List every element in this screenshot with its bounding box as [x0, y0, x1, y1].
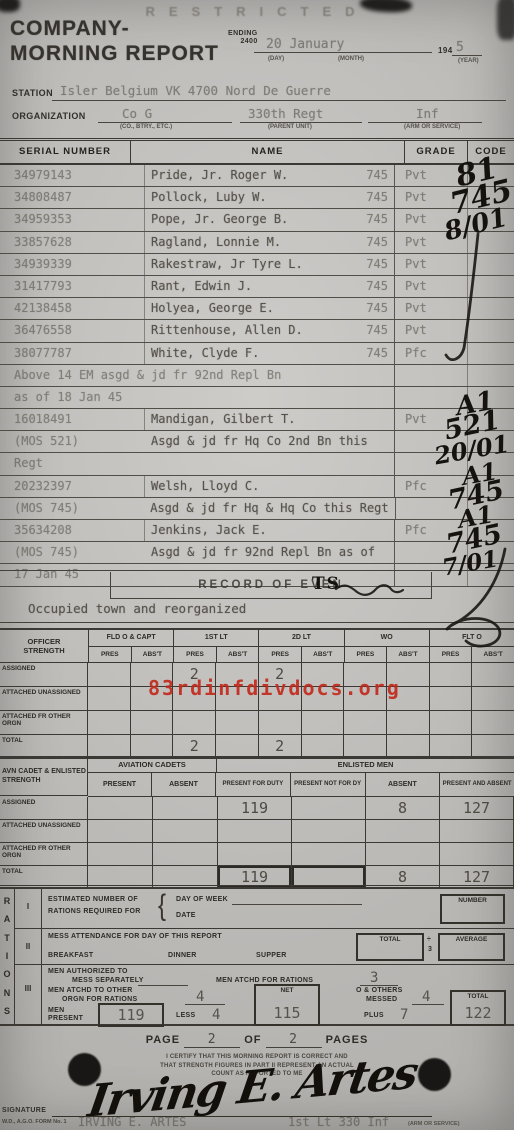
year-underline: [452, 55, 482, 56]
pages-total: 2: [266, 1032, 322, 1048]
month-sublabel: (MONTH): [338, 56, 364, 62]
officer-row: ATTACHED FR OTHER ORGN: [0, 711, 514, 735]
serial-cell: Regt: [0, 453, 145, 474]
enlisted-corner: AVN CADET & ENLISTED STRENGTH: [0, 758, 88, 796]
handwritten-ts: TS: [312, 576, 341, 593]
arm-sublabel: (ARM OR SERVICE): [404, 124, 460, 130]
name-cell: [145, 387, 395, 408]
number-box: NUMBER: [440, 894, 505, 924]
other-line: [185, 1004, 225, 1005]
table-row: 36476558 Rittenhouse, Allen D. 745 Pvt: [0, 320, 514, 342]
serial-cell: 34808487: [0, 187, 145, 208]
name-cell: Asgd & jd fr Hq Co 2nd Bn this: [145, 431, 395, 452]
officer-header: OFFICER STRENGTH FLD O & CAPT 1ST LT 2D …: [0, 630, 514, 663]
net-value: 115: [256, 1004, 318, 1022]
breakfast-label: BREAKFAST: [48, 952, 93, 959]
supper-label: SUPPER: [256, 952, 287, 959]
station-label: STATION: [12, 88, 53, 98]
record-of-events: RECORD OF EVEN: [110, 572, 432, 599]
serial-cell: 34959353: [0, 209, 145, 230]
parent-sublabel: (PARENT UNIT): [268, 124, 312, 130]
men-present-label2: PRESENT: [48, 1015, 83, 1022]
code-cell: [468, 365, 514, 386]
roster-header: SERIAL NUMBER NAME GRADE CODE: [0, 141, 514, 165]
org-underline-1: [98, 122, 232, 123]
plus-value: 7: [400, 1007, 408, 1023]
rations-vertical-label: R A T I O N S: [0, 888, 15, 1024]
organization-parent: 330th Regt: [248, 106, 323, 121]
report-date: 20 January: [266, 37, 344, 52]
station-underline: [52, 100, 506, 101]
atchd-other-label2: ORGN FOR RATIONS: [62, 996, 137, 1003]
form-title-line1: COMPANY-: [10, 16, 219, 41]
average-box: AVERAGE: [438, 933, 505, 961]
record-botline: [0, 622, 514, 623]
ration-total-box: TOTAL 122: [450, 990, 506, 1026]
year-prefix: 194: [438, 46, 453, 55]
table-row: as of 18 Jan 45: [0, 387, 514, 409]
total-box: TOTAL: [356, 933, 424, 961]
name-cell: Mandigan, Gilbert T.: [145, 409, 395, 430]
rations-est-label1: ESTIMATED NUMBER OF: [48, 896, 138, 903]
net-box: NET 115: [254, 984, 320, 1026]
serial-cell: 38077787: [0, 343, 145, 364]
date-underline: [254, 52, 432, 53]
serial-cell: 31417793: [0, 276, 145, 297]
code-cell: [468, 298, 514, 319]
org-underline-2: [240, 122, 362, 123]
rations-divider-2: [15, 964, 514, 965]
serial-cell: 16018491: [0, 409, 145, 430]
unit-sublabel: (CO., BTRY., ETC.): [120, 124, 172, 130]
name-cell: Asgd & jd fr Hq & Hq Co this Regt: [144, 498, 395, 519]
col-serial-number: SERIAL NUMBER: [0, 141, 131, 163]
enlisted-groups: AVIATION CADETS ENLISTED MEN: [88, 758, 514, 773]
enlisted-subheads: PRESENT ABSENT PRESENT FOR DUTY PRESENT …: [88, 773, 514, 797]
plus-label: PLUS: [364, 1012, 384, 1019]
serial-cell: as of 18 Jan 45: [0, 387, 145, 408]
code-cell: [468, 254, 514, 275]
others-messed-label1: O & OTHERS: [356, 987, 403, 994]
signature-label: SIGNATURE: [2, 1107, 46, 1114]
report-year: 5: [456, 40, 464, 55]
men-authorized-label2: MESS SEPARATELY: [72, 977, 144, 984]
page-number: 2: [184, 1032, 240, 1048]
mess-attendance-label: MESS ATTENDANCE FOR DAY OF THIS REPORT: [48, 933, 222, 940]
serial-cell: 33857628: [0, 232, 145, 253]
name-cell: Rakestraw, Jr Tyre L. 745: [145, 254, 395, 275]
serial-cell: (MOS 521): [0, 431, 145, 452]
table-row: 31417793 Rant, Edwin J. 745 Pvt: [0, 276, 514, 298]
serial-cell: 36476558: [0, 320, 145, 341]
day-of-week-label: DAY OF WEEK: [176, 896, 228, 903]
form-number: W.D., A.G.O. FORM No. 1: [2, 1119, 67, 1125]
atchd-rations-label: MEN ATCHD FOR RATIONS: [216, 977, 313, 984]
men-present-value: 119: [100, 1006, 162, 1024]
table-row: 34979143 Pride, Jr. Roger W. 745 Pvt: [0, 165, 514, 187]
enlisted-row: ASSIGNED 119 8 127: [0, 797, 514, 820]
name-cell: Pope, Jr. George B. 745: [145, 209, 395, 230]
serial-cell: 35634208: [0, 520, 145, 541]
table-row: (MOS 745) Asgd & jd fr Hq & Hq Co this R…: [0, 498, 514, 520]
serial-cell: Above 14 EM asgd & jd fr 92nd Repl Bn: [0, 365, 145, 386]
punch-hole-right: [418, 1058, 451, 1091]
enlisted-body: ASSIGNED 119 8 127 ATTACHED UNASSIGNED: [0, 797, 514, 889]
serial-cell: 34939339: [0, 254, 145, 275]
atchd-rations-value: 3: [370, 970, 378, 986]
organization-arm: Inf: [416, 106, 439, 121]
code-cell: [468, 276, 514, 297]
serial-cell: 34979143: [0, 165, 145, 186]
name-cell: Welsh, Lloyd C.: [145, 476, 395, 497]
table-row: 34939339 Rakestraw, Jr Tyre L. 745 Pvt: [0, 254, 514, 276]
less-value: 4: [212, 1007, 220, 1023]
code-cell: [468, 343, 514, 364]
enlisted-row: ATTACHED UNASSIGNED: [0, 820, 514, 843]
officer-subheads: PRESABS'T PRESABS'T PRESABS'T PRESABS'T …: [89, 647, 514, 663]
organization-label: ORGANIZATION: [12, 111, 86, 121]
table-row: 34808487 Pollock, Luby W. 745 Pvt: [0, 187, 514, 209]
name-cell: Holyea, George E. 745: [145, 298, 395, 319]
ration-total-value: 122: [452, 1004, 504, 1022]
messed-line: [412, 1004, 444, 1005]
dinner-label: DINNER: [168, 952, 197, 959]
others-messed-value: 4: [422, 989, 430, 1005]
atchd-line: [360, 985, 398, 986]
rations-numerals: I II III: [15, 888, 42, 1024]
name-cell: [145, 453, 395, 474]
grade-cell: Pvt: [395, 298, 468, 319]
name-cell: Rant, Edwin J. 745: [145, 276, 395, 297]
name-cell: Pollock, Luby W. 745: [145, 187, 395, 208]
grade-unit: 1st Lt 330 Inf: [288, 1115, 389, 1129]
typed-name: IRVING E. ARTES: [78, 1115, 186, 1129]
table-row: 42138458 Holyea, George E. 745 Pvt: [0, 298, 514, 320]
rations-section: R A T I O N S I II III ESTIMATED NUMBER …: [0, 885, 514, 1026]
table-row: 16018491 Mandigan, Gilbert T. Pvt: [0, 409, 514, 431]
grade-cell: Pvt: [395, 276, 468, 297]
arm-service-sublabel: (ARM OR SERVICE): [408, 1121, 460, 1127]
officer-corner: OFFICER STRENGTH: [0, 630, 89, 663]
name-cell: Rittenhouse, Allen D. 745: [145, 320, 395, 341]
enlisted-row: ATTACHED FR OTHER ORGN: [0, 843, 514, 866]
divide-three: 3: [428, 946, 432, 953]
morning-report-scan: RESTRICTED COMPANY- MORNING REPORT ENDIN…: [0, 0, 514, 1130]
page-line: PAGE 2 OF 2 PAGES: [0, 1032, 514, 1048]
table-row: 35634208 Jenkins, Jack E. Pfc: [0, 520, 514, 542]
grade-cell: Pvt: [395, 320, 468, 341]
serial-cell: (MOS 745): [0, 498, 144, 519]
men-present-box: 119: [98, 1003, 164, 1027]
org-underline-3: [368, 122, 482, 123]
others-messed-label2: MESSED: [366, 996, 397, 1003]
name-cell: Pride, Jr. Roger W. 745: [145, 165, 395, 186]
day-of-week-line: [232, 904, 362, 905]
name-cell: White, Clyde F. 745: [145, 343, 395, 364]
table-row: 34959353 Pope, Jr. George B. 745 Pvt: [0, 209, 514, 231]
brace: {: [158, 889, 166, 924]
form-title: COMPANY- MORNING REPORT: [10, 16, 219, 66]
grade-cell: Pfc: [395, 343, 468, 364]
organization-unit: Co G: [122, 106, 152, 121]
event-text: Occupied town and reorganized: [28, 601, 246, 616]
serial-cell: (MOS 745): [0, 542, 145, 563]
atchd-other-label1: MEN ATCHD TO OTHER: [48, 987, 133, 994]
table-row: Above 14 EM asgd & jd fr 92nd Repl Bn: [0, 365, 514, 387]
atchd-other-value: 4: [196, 989, 204, 1005]
table-row: 38077787 White, Clyde F. 745 Pfc: [0, 343, 514, 365]
table-row: (MOS 745) Asgd & jd fr 92nd Repl Bn as o…: [0, 542, 514, 564]
roster-table: SERIAL NUMBER NAME GRADE CODE 34979143 P…: [0, 138, 514, 587]
name-cell: Ragland, Lonnie M. 745: [145, 232, 395, 253]
table-row: 20232397 Welsh, Lloyd C. Pfc: [0, 476, 514, 498]
officer-groups: FLD O & CAPT 1ST LT 2D LT WO FLT O: [89, 630, 514, 647]
rations-divider-1: [15, 928, 514, 929]
divide-sign: ÷: [427, 936, 431, 943]
grade-cell: Pvt: [395, 254, 468, 275]
rations-est-label2: RATIONS REQUIRED FOR: [48, 908, 141, 915]
name-cell: Asgd & jd fr 92nd Repl Bn as of: [145, 542, 395, 563]
day-sublabel: (DAY): [268, 56, 284, 62]
col-name: NAME: [131, 141, 405, 163]
roster-body: 34979143 Pride, Jr. Roger W. 745 Pvt 348…: [0, 165, 514, 587]
code-cell: [468, 320, 514, 341]
name-cell: Jenkins, Jack E.: [145, 520, 395, 541]
watermark: 83rdinfdivdocs.org: [148, 676, 401, 700]
serial-cell: 42138458: [0, 298, 145, 319]
enlisted-strength-table: AVN CADET & ENLISTED STRENGTH AVIATION C…: [0, 756, 514, 889]
serial-cell: 20232397: [0, 476, 145, 497]
date-label: DATE: [176, 912, 196, 919]
table-row: 33857628 Ragland, Lonnie M. 745 Pvt: [0, 232, 514, 254]
form-title-line2: MORNING REPORT: [10, 41, 219, 66]
station-value: Isler Belgium VK 4700 Nord De Guerre: [60, 83, 331, 98]
men-present-label1: MEN: [48, 1007, 64, 1014]
year-sublabel: (YEAR): [458, 58, 479, 64]
ending-label: ENDING 2400: [228, 30, 258, 46]
serial-cell: 17 Jan 45: [0, 564, 145, 585]
mess-sep-line: [138, 985, 188, 986]
men-authorized-label1: MEN AUTHORIZED TO: [48, 968, 128, 975]
grade-cell: [395, 365, 468, 386]
less-label: LESS: [176, 1012, 195, 1019]
